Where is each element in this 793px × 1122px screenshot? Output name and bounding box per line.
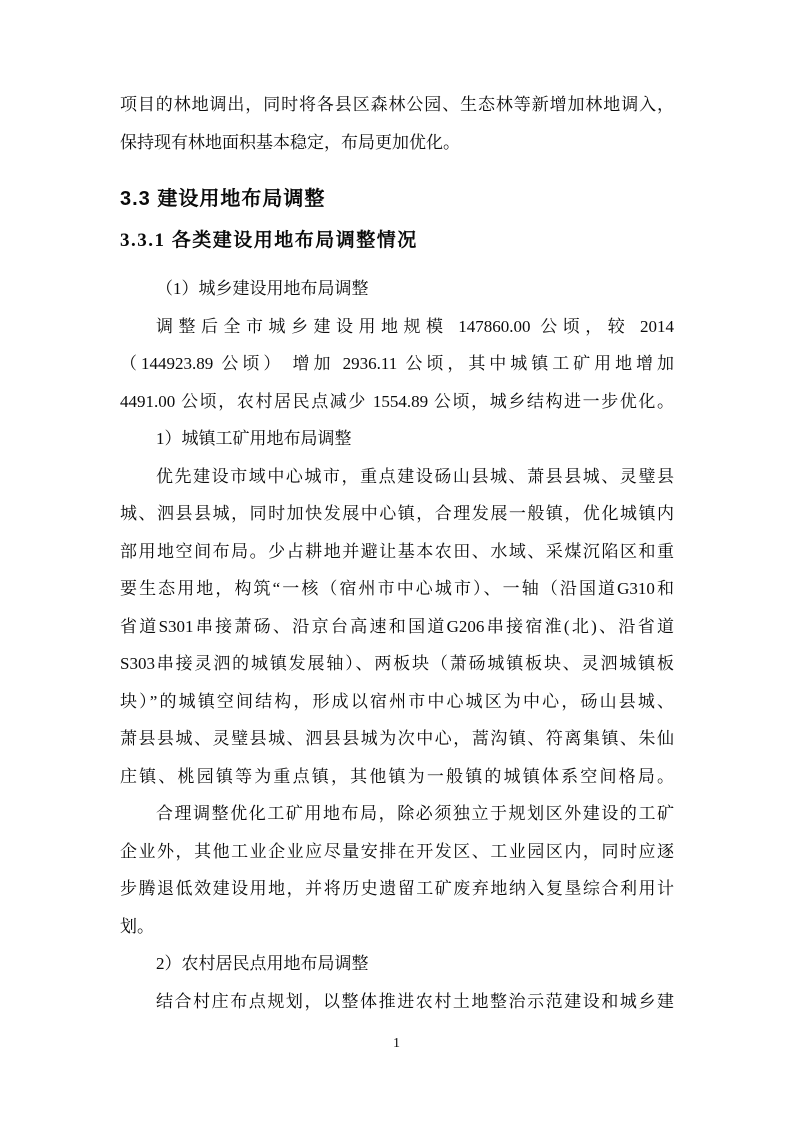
paragraph-line: S303串接灵泗的城镇发展轴）、两板块（萧砀城镇板块、灵泗城镇板 — [120, 645, 674, 683]
paragraph-line: 合理调整优化工矿用地布局，除必须独立于规划区外建设的工矿 — [120, 795, 674, 833]
paragraph: 结合村庄布点规划，以整体推进农村土地整治示范建设和城乡建 — [120, 983, 674, 1021]
paragraph: 1）城镇工矿用地布局调整 — [120, 420, 674, 458]
paragraph-line: 企业外，其他工业企业应尽量安排在开发区、工业园区内，同时应逐 — [120, 833, 674, 871]
document-page: 项目的林地调出，同时将各县区森林公园、生态林等新增加林地调入， 保持现有林地面积… — [0, 0, 793, 1122]
paragraph-line: 保持现有林地面积基本稳定，布局更加优化。 — [120, 124, 674, 162]
paragraph: 优先建设市域中心城市，重点建设砀山县城、萧县县城、灵璧县 城、泗县县城，同时加快… — [120, 458, 674, 796]
paragraph: 2）农村居民点用地布局调整 — [120, 945, 674, 983]
paragraph-line: 萧县县城、灵璧县城、泗县县城为次中心，蒿沟镇、符离集镇、朱仙 — [120, 720, 674, 758]
paragraph-line: 划。 — [120, 908, 674, 946]
paragraph: （1）城乡建设用地布局调整 — [120, 270, 674, 308]
page-number: 1 — [0, 1036, 793, 1052]
paragraph-line: 要生态用地，构筑“一核（宿州市中心城市）、一轴（沿国道G310和 — [120, 570, 674, 608]
paragraph-line: 优先建设市域中心城市，重点建设砀山县城、萧县县城、灵璧县 — [120, 458, 674, 496]
list-item-heading: 2）农村居民点用地布局调整 — [120, 945, 674, 983]
paragraph: 合理调整优化工矿用地布局，除必须独立于规划区外建设的工矿 企业外，其他工业企业应… — [120, 795, 674, 945]
paragraph-line: 块）”的城镇空间结构，形成以宿州市中心城区为中心，砀山县城、 — [120, 683, 674, 721]
paragraph-line: 调整后全市城乡建设用地规模 147860.00 公顷，较 2014 — [120, 308, 674, 346]
paragraph-line: 步腾退低效建设用地，并将历史遗留工矿废弃地纳入复垦综合利用计 — [120, 870, 674, 908]
paragraph-line: 庄镇、桃园镇等为重点镇，其他镇为一般镇的城镇体系空间格局。 — [120, 758, 674, 796]
page-body: 项目的林地调出，同时将各县区森林公园、生态林等新增加林地调入， 保持现有林地面积… — [120, 86, 674, 1020]
subsection-heading-3-3-1: 3.3.1 各类建设用地布局调整情况 — [120, 220, 674, 262]
paragraph-line: 省道S301串接萧砀、沿京台高速和国道G206串接宿淮(北)、沿省道 — [120, 608, 674, 646]
paragraph: 项目的林地调出，同时将各县区森林公园、生态林等新增加林地调入， 保持现有林地面积… — [120, 86, 674, 161]
paragraph-line: 部用地空间布局。少占耕地并避让基本农田、水域、采煤沉陷区和重 — [120, 533, 674, 571]
section-heading-3-3: 3.3 建设用地布局调整 — [120, 178, 674, 220]
paragraph-line: （144923.89 公顷） 增加 2936.11 公顷，其中城镇工矿用地增加 — [120, 345, 674, 383]
paragraph-line: 结合村庄布点规划，以整体推进农村土地整治示范建设和城乡建 — [120, 983, 674, 1021]
list-item-heading: （1）城乡建设用地布局调整 — [120, 270, 674, 308]
paragraph-line: 项目的林地调出，同时将各县区森林公园、生态林等新增加林地调入， — [120, 86, 674, 124]
paragraph: 调整后全市城乡建设用地规模 147860.00 公顷，较 2014 （14492… — [120, 308, 674, 421]
list-item-heading: 1）城镇工矿用地布局调整 — [120, 420, 674, 458]
paragraph-line: 城、泗县县城，同时加快发展中心镇，合理发展一般镇，优化城镇内 — [120, 495, 674, 533]
paragraph-line: 4491.00 公顷，农村居民点减少 1554.89 公顷，城乡结构进一步优化。 — [120, 383, 674, 421]
